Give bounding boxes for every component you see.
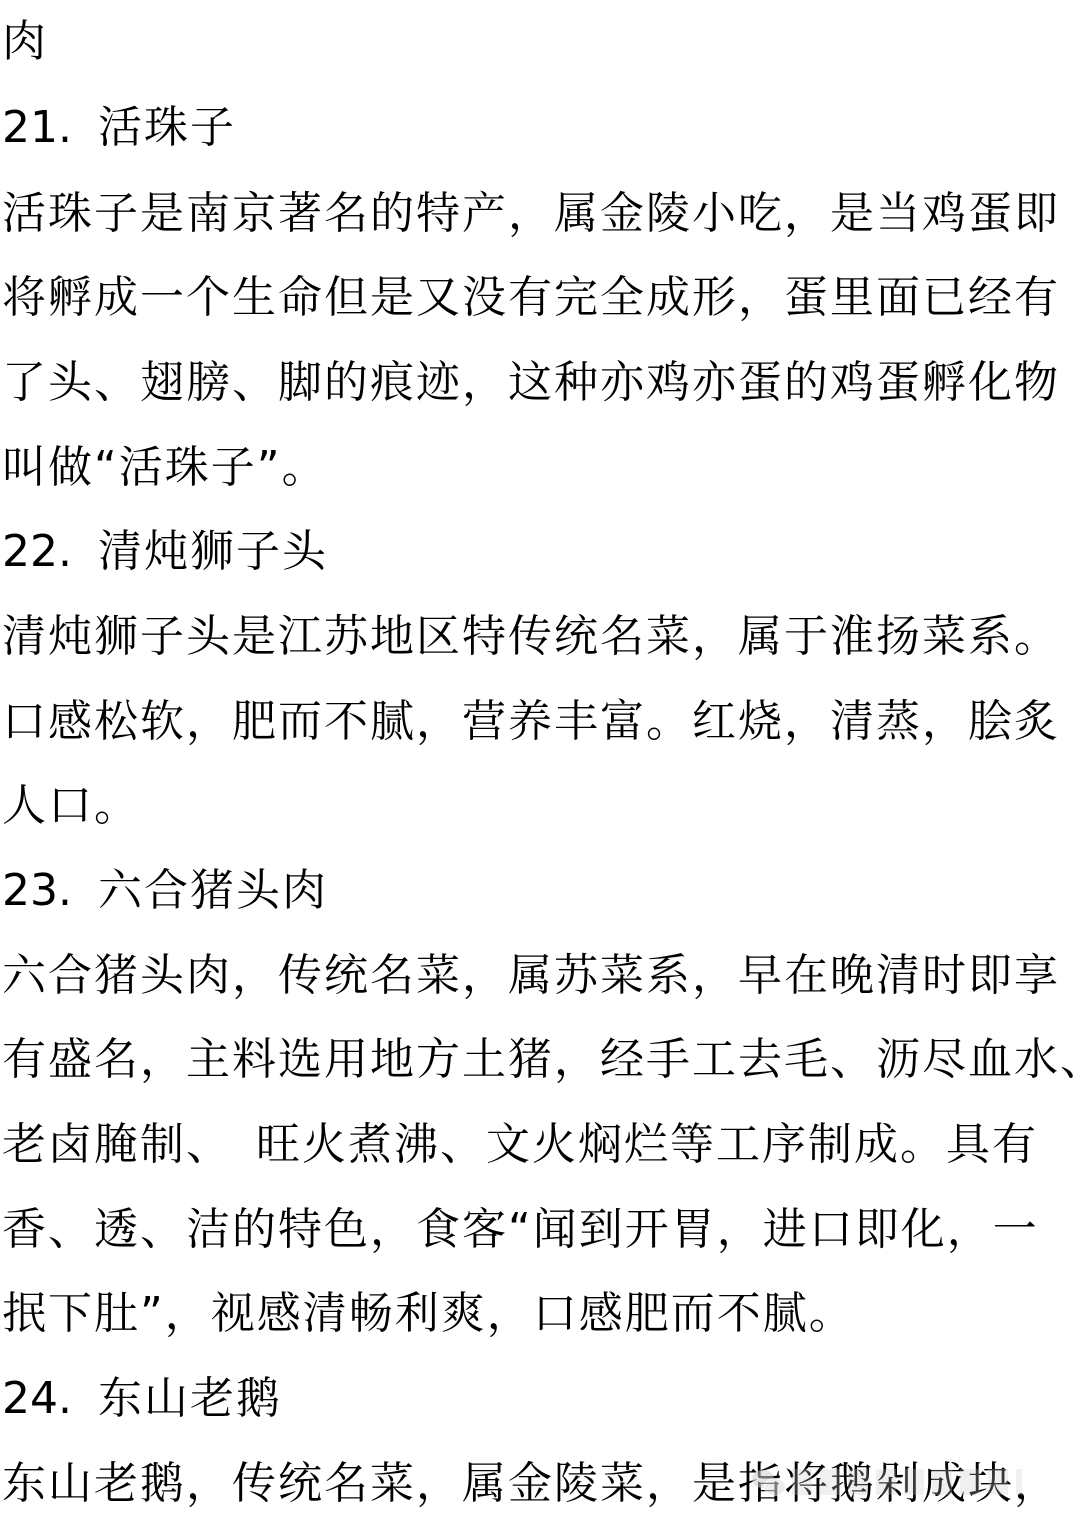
heading-title: 六合猪头肉 xyxy=(98,865,328,916)
heading-title: 东山老鹅 xyxy=(98,1373,282,1424)
text-line: 人口。 xyxy=(2,776,140,836)
text-line: 清炖狮子头是江苏地区特传统名菜，属于淮扬菜系。 xyxy=(2,607,1060,667)
heading-number: 24. xyxy=(2,1369,98,1429)
text-line: 活珠子是南京著名的特产，属金陵小吃，是当鸡蛋即 xyxy=(2,184,1060,244)
section-heading-24: 24.东山老鹅 xyxy=(2,1369,282,1429)
heading-number: 23. xyxy=(2,861,98,921)
wechat-icon xyxy=(752,1468,786,1496)
text-line: 肉 xyxy=(2,12,48,72)
watermark-text-overlay xyxy=(792,1469,1022,1495)
text-line: 有盛名，主料选用地方土猪，经手工去毛、沥尽血水、 xyxy=(2,1030,1080,1090)
text-line: 抿下肚”，视感清畅利爽，口感肥而不腻。 xyxy=(2,1284,855,1344)
section-heading-22: 22.清炖狮子头 xyxy=(2,522,328,582)
text-line: 了头、翅膀、脚的痕迹，这种亦鸡亦蛋的鸡蛋孵化物 xyxy=(2,353,1060,413)
heading-number: 21. xyxy=(2,98,98,158)
document-page: 肉 21.活珠子 活珠子是南京著名的特产，属金陵小吃，是当鸡蛋即 将孵成一个生命… xyxy=(0,0,1080,1528)
section-heading-23: 23.六合猪头肉 xyxy=(2,861,328,921)
watermark xyxy=(752,1462,1022,1502)
heading-number: 22. xyxy=(2,522,98,582)
heading-title: 活珠子 xyxy=(98,102,236,153)
text-line: 老卤腌制、 旺火煮沸、文火焖烂等工序制成。具有 xyxy=(2,1115,1038,1175)
text-line: 将孵成一个生命但是又没有完全成形，蛋里面已经有 xyxy=(2,268,1060,328)
text-line: 六合猪头肉，传统名菜，属苏菜系，早在晚清时即享 xyxy=(2,946,1060,1006)
heading-title: 清炖狮子头 xyxy=(98,526,328,577)
text-line: 口感松软，肥而不腻，营养丰富。红烧，清蒸，脍炙 xyxy=(2,692,1060,752)
text-line: 叫做“活珠子”。 xyxy=(2,438,328,498)
section-heading-21: 21.活珠子 xyxy=(2,98,236,158)
text-line: 香、透、洁的特色，食客“闻到开胃，进口即化，一 xyxy=(2,1200,1039,1260)
